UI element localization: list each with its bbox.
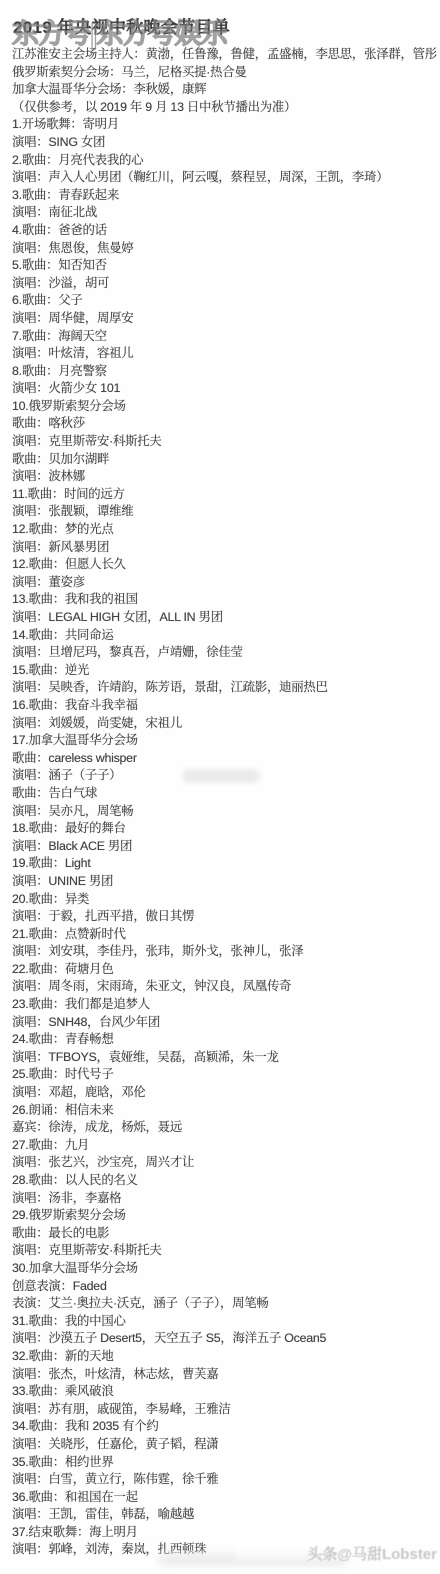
program-line: 歌曲：喀秋莎 (12, 415, 436, 433)
program-line: 演唱：UNINE 男团 (12, 873, 436, 891)
program-line: 演唱：焦恩俊，焦曼婷 (12, 240, 436, 258)
program-line: 演唱：董姿彦 (12, 574, 436, 592)
program-line: 18.歌曲：最好的舞台 (12, 820, 436, 838)
program-line: 演唱：周华健，周厚安 (12, 310, 436, 328)
program-line: 16.歌曲：我奋斗我幸福 (12, 697, 436, 715)
program-line: 10.俄罗斯索契分会场 (12, 398, 436, 416)
program-line: 演唱：新风暴男团 (12, 539, 436, 557)
program-line: 36.歌曲：和祖国在一起 (12, 1489, 436, 1507)
program-line: 演唱：火箭少女 101 (12, 380, 436, 398)
program-line: 演唱：汤非，李嘉格 (12, 1190, 436, 1208)
program-line: 演唱：SING 女团 (12, 134, 436, 152)
program-line: 17.加拿大温哥华分会场 (12, 732, 436, 750)
program-line: 11.歌曲：时间的远方 (12, 486, 436, 504)
program-line: 歌曲：贝加尔湖畔 (12, 451, 436, 469)
program-line: 22.歌曲：荷塘月色 (12, 961, 436, 979)
program-line: 35.歌曲：相约世界 (12, 1454, 436, 1472)
program-line: 表演：艾兰·奥拉夫·沃克，涵子（子子），周笔畅 (12, 1295, 436, 1313)
program-line: 2.歌曲：月亮代表我的心 (12, 152, 436, 170)
program-line: 演唱：TFBOYS，袁娅维，吴磊，高颖浠，朱一龙 (12, 1049, 436, 1067)
program-line: 演唱：张艺兴，沙宝亮，周兴才让 (12, 1154, 436, 1172)
program-line: 33.歌曲：乘风破浪 (12, 1383, 436, 1401)
program-line: 演唱：刘媛媛，尚雯婕，宋祖儿 (12, 715, 436, 733)
program-line: 4.歌曲：爸爸的话 (12, 222, 436, 240)
program-line: 29.俄罗斯索契分会场 (12, 1207, 436, 1225)
program-line: 34.歌曲：我和 2035 有个约 (12, 1418, 436, 1436)
program-line: 13.歌曲：我和我的祖国 (12, 591, 436, 609)
program-line: 25.歌曲：时代号子 (12, 1066, 436, 1084)
program-line: 演唱：张杰，叶炫清，林志炫，曹芙嘉 (12, 1366, 436, 1384)
program-line: 演唱：苏有朋，戚砚笛，李易峰，王雅洁 (12, 1401, 436, 1419)
program-line: 演唱：声入人心男团（鞠红川，阿云嘎，蔡程昱，周深，王凯，李琦） (12, 169, 436, 187)
program-line: 3.歌曲：青春跃起来 (12, 187, 436, 205)
program-line: 26.朗诵：相信未来 (12, 1102, 436, 1120)
program-line: 创意表演：Faded (12, 1278, 436, 1296)
program-line: 31.歌曲：我的中国心 (12, 1313, 436, 1331)
program-line: 演唱：南征北战 (12, 204, 436, 222)
program-line: 演唱：沙溢，胡可 (12, 275, 436, 293)
program-line: 12.歌曲：梦的光点 (12, 521, 436, 539)
program-line: 15.歌曲：逆光 (12, 662, 436, 680)
program-line: 20.歌曲：异类 (12, 891, 436, 909)
program-line: 演唱：旦增尼玛，黎真吾，卢靖姗，徐佳莹 (12, 644, 436, 662)
program-line: 演唱：吴映香，许靖韵，陈芳语，景甜，江疏影，迪丽热巴 (12, 679, 436, 697)
program-line: 7.歌曲：海阔天空 (12, 328, 436, 346)
program-line: 演唱：Black ACE 男团 (12, 838, 436, 856)
program-line: 嘉宾：徐涛，成龙，杨烁，聂远 (12, 1119, 436, 1137)
program-line: 演唱：于毅，扎西平措，傲日其愣 (12, 908, 436, 926)
program-line: 演唱：波林娜 (12, 468, 436, 486)
program-line: （仅供参考，以 2019 年 9 月 13 日中秋节播出为准） (12, 99, 436, 117)
program-line: 演唱：SNH48，台风少年团 (12, 1014, 436, 1032)
program-line: 加拿大温哥华分会场：李秋媛，康辉 (12, 81, 436, 99)
program-line: 演唱：LEGAL HIGH 女团，ALL IN 男团 (12, 609, 436, 627)
program-line: 演唱：吴亦凡，周笔畅 (12, 803, 436, 821)
program-line: 30.加拿大温哥华分会场 (12, 1260, 436, 1278)
program-line: 演唱：周冬雨，宋雨琦，朱亚文，钟汉良，凤凰传奇 (12, 978, 436, 996)
program-line: 23.歌曲：我们都是追梦人 (12, 996, 436, 1014)
program-line: 5.歌曲：知否知否 (12, 257, 436, 275)
program-line: 演唱：张靓颖，谭维维 (12, 503, 436, 521)
program-line: 演唱：刘安琪，李佳丹，张玮，斯外戈，张神儿，张泽 (12, 943, 436, 961)
program-lines: 江苏淮安主会场主持人：黄渤，任鲁豫，鲁健，孟盛楠，李思思，张泽群，管彤俄罗斯索契… (12, 46, 436, 1559)
program-line: 19.歌曲：Light (12, 855, 436, 873)
program-line: 37.结束歌舞：海上明月 (12, 1524, 436, 1542)
program-line: 28.歌曲：以人民的名义 (12, 1172, 436, 1190)
program-line: 6.歌曲：父子 (12, 292, 436, 310)
program-line: 歌曲：最长的电影 (12, 1225, 436, 1243)
program-line: 27.歌曲：九月 (12, 1137, 436, 1155)
program-line: 歌曲：告白气球 (12, 785, 436, 803)
program-line: 14.歌曲：共同命运 (12, 627, 436, 645)
program-line: 21.歌曲：点赞新时代 (12, 926, 436, 944)
program-line: 演唱：克里斯蒂安·科斯托夫 (12, 433, 436, 451)
program-line: 歌曲：careless whisper (12, 750, 436, 768)
program-line: 32.歌曲：新的天地 (12, 1348, 436, 1366)
faint-watermark-smudge (182, 769, 260, 783)
source-watermark-overlay: 东方号|东方号娱乐 (12, 21, 227, 48)
program-line: 演唱：沙漠五子 Desert5，天空五子 S5，海洋五子 Ocean5 (12, 1330, 436, 1348)
program-line: 演唱：邓超，鹿晗，邓伦 (12, 1084, 436, 1102)
program-line: 演唱：白雪，黄立行，陈伟霆，徐千雅 (12, 1471, 436, 1489)
program-line: 8.歌曲：月亮警察 (12, 363, 436, 381)
program-line: 1.开场歌舞：寄明月 (12, 116, 436, 134)
program-line: 演唱：克里斯蒂安·科斯托夫 (12, 1242, 436, 1260)
toutiao-author-watermark: 头条@马甜Lobster (307, 1543, 437, 1564)
program-line: 24.歌曲：青春畅想 (12, 1031, 436, 1049)
program-line: 演唱：关晓彤，任嘉伦，黄子韬，程潇 (12, 1436, 436, 1454)
program-line: 演唱：叶炫清，容祖儿 (12, 345, 436, 363)
program-line: 演唱：王凯，雷佳，韩磊，喻越越 (12, 1506, 436, 1524)
program-list-page: 2019 年央视中秋晚会节目单 东方号|东方号娱乐 江苏淮安主会场主持人：黄渤，… (0, 0, 440, 1574)
program-line: 俄罗斯索契分会场：马兰，尼格买提·热合曼 (12, 64, 436, 82)
program-line: 12.歌曲：但愿人长久 (12, 556, 436, 574)
